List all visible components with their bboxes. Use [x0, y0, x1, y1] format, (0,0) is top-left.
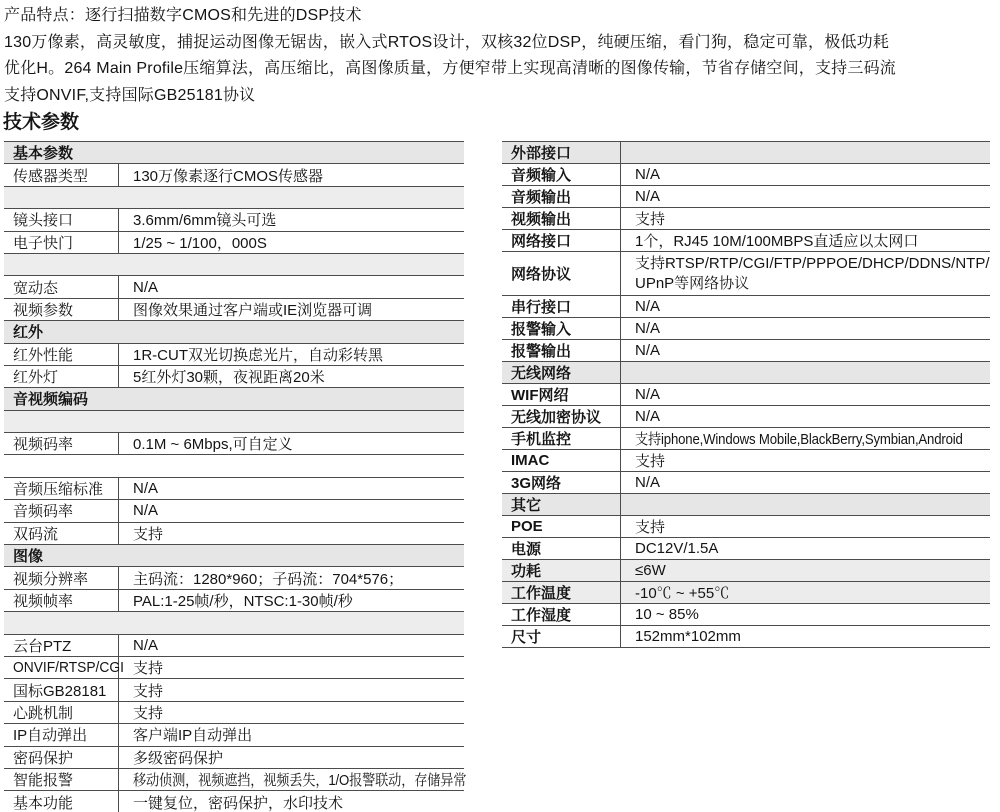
section-header-row: 其它	[502, 494, 990, 516]
spec-row: 电子快门1/25 ~ 1/100，000S	[4, 232, 464, 254]
spec-row: 传感器类型130万像素逐行CMOS传感器	[4, 164, 464, 186]
param-label-text: 基本功能	[13, 792, 73, 812]
param-value-text: 支持	[133, 523, 163, 544]
param-value-text: 客户端IP自动弹出	[133, 724, 252, 745]
spec-row: 尺寸152mm*102mm	[502, 626, 990, 648]
param-label-text: 电源	[511, 538, 541, 559]
spec-row: 工作温度-10℃ ~ +55℃	[502, 582, 990, 604]
param-label: 双码流	[4, 523, 118, 544]
param-label: 视频分辨率	[4, 567, 118, 588]
spec-row: 基本功能一键复位，密码保护，水印技术	[4, 791, 464, 812]
param-label: 宽动态	[4, 276, 118, 297]
param-value	[620, 362, 990, 383]
section-header-row: 红外	[4, 321, 464, 343]
param-value: 1个，RJ45 10M/100MBPS直适应以太网口	[620, 230, 990, 251]
spec-row: 音频输入N/A	[502, 164, 990, 186]
param-value-text: N/A	[133, 279, 158, 296]
param-label-text: 视频帧率	[13, 590, 73, 611]
param-label: 电源	[502, 538, 620, 559]
param-label: 音频码率	[4, 500, 118, 521]
spec-row: 串行接口N/A	[502, 296, 990, 318]
spec-row: 红外灯5红外灯30颗，夜视距离20米	[4, 366, 464, 388]
param-label: 3G网络	[502, 472, 620, 493]
spec-row: 3G网络N/A	[502, 472, 990, 494]
param-value-text: 5红外灯30颗，夜视距离20米	[133, 366, 325, 387]
param-value: N/A	[620, 406, 990, 427]
param-label: 密码保护	[4, 747, 118, 768]
param-value-text: 支持iphone,Windows Mobile,BlackBerry,Symbi…	[635, 428, 963, 449]
param-label: 功耗	[502, 560, 620, 581]
param-value-text: 主码流：1280*960；子码流：704*576；	[133, 568, 403, 589]
param-value: PAL:1-25帧/秒，NTSC:1-30帧/秒	[118, 590, 464, 611]
param-value-text: N/A	[635, 386, 660, 403]
param-label-text: 视频码率	[13, 433, 73, 454]
param-value: 3.6mm/6mm镜头可选	[118, 209, 464, 230]
param-label-text: 串行接口	[511, 296, 571, 317]
param-value	[620, 494, 990, 515]
param-label-text: 无线网络	[511, 362, 571, 383]
param-value: 支持	[620, 516, 990, 537]
param-label-text: 报警输出	[511, 340, 571, 361]
param-label: 智能报警	[4, 769, 118, 790]
section-header-row: 无线网络	[502, 362, 990, 384]
param-value-text: 10 ~ 85%	[635, 606, 699, 623]
param-label-text: IP自动弹出	[13, 724, 87, 745]
section-header-row: 图像	[4, 545, 464, 567]
param-value: N/A	[620, 340, 990, 361]
spec-row: 宽动态N/A	[4, 276, 464, 298]
param-value-text: N/A	[635, 188, 660, 205]
param-value: N/A	[620, 164, 990, 185]
param-value: 支持	[118, 679, 464, 700]
param-label-text: 视频分辨率	[13, 568, 88, 589]
param-label-text: 云台PTZ	[13, 635, 71, 656]
section-header-label: 红外	[4, 321, 464, 342]
param-value-text: N/A	[635, 166, 660, 183]
param-label: 视频码率	[4, 433, 118, 454]
param-value: 支持	[118, 657, 464, 678]
param-label-text: 智能报警	[13, 769, 73, 790]
param-value: 5红外灯30颗，夜视距离20米	[118, 366, 464, 387]
param-value: N/A	[118, 478, 464, 499]
separator-cell	[4, 411, 464, 432]
section-header-row: 音视频编码	[4, 388, 464, 410]
param-value: ≤6W	[620, 560, 990, 581]
param-value: 1/25 ~ 1/100，000S	[118, 232, 464, 253]
param-label-text: ONVIF/RTSP/CGI	[13, 659, 124, 676]
param-value-text: PAL:1-25帧/秒，NTSC:1-30帧/秒	[133, 590, 353, 611]
param-label: 镜头接口	[4, 209, 118, 230]
spec-row: 视频参数图像效果通过客户端或IE浏览器可调	[4, 299, 464, 321]
param-value: 多级密码保护	[118, 747, 464, 768]
param-label-text: IMAC	[511, 452, 549, 469]
product-features-paragraph: 产品特点：逐行扫描数字CMOS和先进的DSP技术 130万像素，高灵敏度，捕捉运…	[0, 0, 1000, 109]
product-features-line: 产品特点：逐行扫描数字CMOS和先进的DSP技术	[4, 3, 1000, 30]
param-label-text: 网络协议	[511, 263, 571, 284]
param-label: 基本功能	[4, 791, 118, 812]
param-label: WIF网绍	[502, 384, 620, 405]
separator-row	[4, 187, 464, 209]
param-label: IP自动弹出	[4, 724, 118, 745]
param-label: 云台PTZ	[4, 635, 118, 656]
section-header-label: 其它	[502, 494, 620, 515]
param-value-text: -10℃ ~ +55℃	[635, 582, 729, 603]
param-value-text: 支持RTSP/RTP/CGI/FTP/PPPOE/DHCP/DDNS/NTP/U…	[635, 254, 990, 294]
param-value: 1R-CUT双光切换虑光片，自动彩转黑	[118, 344, 464, 365]
spec-row: IP自动弹出客户端IP自动弹出	[4, 724, 464, 746]
param-label-text: 国标GB28181	[13, 680, 106, 701]
param-value-text: N/A	[635, 342, 660, 359]
product-features-line: 优化H。264 Main Profile压缩算法，高压缩比，高图像质量，方便窄带…	[4, 56, 1000, 83]
param-label-text: 视频输出	[511, 208, 571, 229]
param-value: 130万像素逐行CMOS传感器	[118, 164, 464, 185]
param-label: 红外灯	[4, 366, 118, 387]
param-label-text: 视频参数	[13, 299, 73, 320]
param-label-text: 音频输入	[511, 164, 571, 185]
spec-row: WIF网绍N/A	[502, 384, 990, 406]
param-label-text: 音频输出	[511, 186, 571, 207]
section-header-label: 外部接口	[502, 142, 620, 163]
spec-row: 无线加密协议N/A	[502, 406, 990, 428]
param-label-text: 电子快门	[13, 232, 73, 253]
param-label-text: POE	[511, 518, 543, 535]
spec-row: 功耗≤6W	[502, 560, 990, 582]
spec-tables-container: 基本参数传感器类型130万像素逐行CMOS传感器镜头接口3.6mm/6mm镜头可…	[4, 141, 1000, 812]
param-label-text: 心跳机制	[13, 702, 73, 723]
param-label-text: 工作温度	[511, 582, 571, 603]
spec-row: 心跳机制支持	[4, 702, 464, 724]
param-value-text: 支持	[635, 450, 665, 471]
param-label: 视频输出	[502, 208, 620, 229]
spec-row: 网络接口1个，RJ45 10M/100MBPS直适应以太网口	[502, 230, 990, 252]
param-value: N/A	[620, 186, 990, 207]
param-label: 音频输出	[502, 186, 620, 207]
product-features-line: 支持ONVIF,支持国际GB25181协议	[4, 83, 1000, 110]
separator-cell	[4, 254, 464, 275]
separator-cell	[4, 455, 464, 476]
param-value: 图像效果通过客户端或IE浏览器可调	[118, 299, 464, 320]
param-label: 报警输出	[502, 340, 620, 361]
separator-row	[4, 455, 464, 477]
separator-row	[4, 612, 464, 634]
param-label-text: 其它	[511, 494, 541, 515]
param-label: 工作温度	[502, 582, 620, 603]
param-value-text: 3.6mm/6mm镜头可选	[133, 209, 276, 230]
param-value-text: 移动侦测，视频遮挡，视频丢失，1/O报警联动，存储异常	[133, 769, 466, 790]
param-label: 串行接口	[502, 296, 620, 317]
param-value-text: N/A	[133, 480, 158, 497]
param-value-text: 0.1M ~ 6Mbps,可自定义	[133, 433, 293, 454]
param-label-text: 红外灯	[13, 366, 58, 387]
param-value: 10 ~ 85%	[620, 604, 990, 625]
param-value: 移动侦测，视频遮挡，视频丢失，1/O报警联动，存储异常	[118, 769, 464, 790]
spec-row: 镜头接口3.6mm/6mm镜头可选	[4, 209, 464, 231]
param-label: 心跳机制	[4, 702, 118, 723]
param-value-text: DC12V/1.5A	[635, 540, 718, 557]
param-value: N/A	[118, 635, 464, 656]
param-value: 支持	[118, 523, 464, 544]
param-value-text: N/A	[133, 637, 158, 654]
param-label-text: 宽动态	[13, 277, 58, 298]
param-label: 音频压缩标准	[4, 478, 118, 499]
param-label: 视频参数	[4, 299, 118, 320]
param-label: IMAC	[502, 450, 620, 471]
param-value: 152mm*102mm	[620, 626, 990, 647]
spec-row: 音频码率N/A	[4, 500, 464, 522]
param-value-text: 图像效果通过客户端或IE浏览器可调	[133, 299, 372, 320]
param-label-text: 双码流	[13, 523, 58, 544]
param-label-text: 功耗	[511, 560, 541, 581]
param-label: 网络接口	[502, 230, 620, 251]
spec-row: 音频输出N/A	[502, 186, 990, 208]
param-label: POE	[502, 516, 620, 537]
param-label-text: 红外性能	[13, 344, 73, 365]
spec-row: 手机监控支持iphone,Windows Mobile,BlackBerry,S…	[502, 428, 990, 450]
param-label-text: 传感器类型	[13, 165, 88, 186]
param-value: N/A	[620, 384, 990, 405]
param-value: 支持	[620, 450, 990, 471]
param-label-text: 密码保护	[13, 747, 73, 768]
param-label: ONVIF/RTSP/CGI	[4, 657, 118, 678]
separator-cell	[4, 612, 464, 633]
param-label-text: 报警输入	[511, 318, 571, 339]
param-value: 支持	[620, 208, 990, 229]
specs-table-left: 基本参数传感器类型130万像素逐行CMOS传感器镜头接口3.6mm/6mm镜头可…	[4, 141, 464, 812]
product-features-line: 130万像素，高灵敏度，捕捉运动图像无锯齿，嵌入式RTOS设计，双核32位DSP…	[4, 30, 1000, 57]
param-value: 支持RTSP/RTP/CGI/FTP/PPPOE/DHCP/DDNS/NTP/U…	[620, 252, 990, 295]
spec-row: 网络协议支持RTSP/RTP/CGI/FTP/PPPOE/DHCP/DDNS/N…	[502, 252, 990, 296]
spec-row: 国标GB28181支持	[4, 679, 464, 701]
param-value-text: 152mm*102mm	[635, 628, 741, 645]
param-label-text: 镜头接口	[13, 209, 73, 230]
section-header-label: 基本参数	[4, 142, 464, 163]
param-value-text: 支持	[635, 516, 665, 537]
param-value: 客户端IP自动弹出	[118, 724, 464, 745]
param-value-text: N/A	[635, 298, 660, 315]
param-value: -10℃ ~ +55℃	[620, 582, 990, 603]
param-value: 支持	[118, 702, 464, 723]
section-header-row: 基本参数	[4, 142, 464, 164]
param-label-text: 网络接口	[511, 230, 571, 251]
param-label: 音频输入	[502, 164, 620, 185]
section-header-label: 无线网络	[502, 362, 620, 383]
spec-row: POE支持	[502, 516, 990, 538]
section-header-label: 图像	[4, 545, 464, 566]
spec-row: 工作湿度10 ~ 85%	[502, 604, 990, 626]
spec-row: 视频帧率PAL:1-25帧/秒，NTSC:1-30帧/秒	[4, 590, 464, 612]
param-value-text: N/A	[635, 408, 660, 425]
param-label: 尺寸	[502, 626, 620, 647]
param-value-text: ≤6W	[635, 562, 666, 579]
param-label-text: 音频压缩标准	[13, 478, 103, 499]
section-title: 技术参数	[3, 112, 1000, 134]
param-label: 无线加密协议	[502, 406, 620, 427]
param-value-text: 支持	[133, 680, 163, 701]
param-label: 红外性能	[4, 344, 118, 365]
param-value-text: N/A	[635, 474, 660, 491]
param-value: N/A	[620, 296, 990, 317]
param-value-text: 1R-CUT双光切换虑光片，自动彩转黑	[133, 344, 383, 365]
param-value: 一键复位，密码保护，水印技术	[118, 791, 464, 812]
param-label-text: 音频码率	[13, 500, 73, 521]
section-header-label: 音视频编码	[4, 388, 464, 409]
param-label-text: 工作湿度	[511, 604, 571, 625]
param-label: 国标GB28181	[4, 679, 118, 700]
param-value-text: 1个，RJ45 10M/100MBPS直适应以太网口	[635, 230, 918, 251]
spec-row: 智能报警移动侦测，视频遮挡，视频丢失，1/O报警联动，存储异常	[4, 769, 464, 791]
param-value-text: 130万像素逐行CMOS传感器	[133, 165, 323, 186]
param-value-text: N/A	[133, 502, 158, 519]
separator-cell	[4, 187, 464, 208]
spec-row: 报警输出N/A	[502, 340, 990, 362]
spec-row: 视频码率0.1M ~ 6Mbps,可自定义	[4, 433, 464, 455]
spec-row: 密码保护多级密码保护	[4, 747, 464, 769]
spec-row: 视频输出支持	[502, 208, 990, 230]
spec-sheet-page: 产品特点：逐行扫描数字CMOS和先进的DSP技术 130万像素，高灵敏度，捕捉运…	[0, 0, 1000, 812]
param-label: 电子快门	[4, 232, 118, 253]
param-value: 主码流：1280*960；子码流：704*576；	[118, 567, 464, 588]
spec-row: 红外性能1R-CUT双光切换虑光片，自动彩转黑	[4, 344, 464, 366]
specs-table-right: 外部接口音频输入N/A音频输出N/A视频输出支持网络接口1个，RJ45 10M/…	[502, 141, 990, 648]
separator-row	[4, 254, 464, 276]
spec-row: 双码流支持	[4, 523, 464, 545]
param-label-text: 尺寸	[511, 626, 541, 647]
param-value: 0.1M ~ 6Mbps,可自定义	[118, 433, 464, 454]
param-label-text: WIF网绍	[511, 384, 569, 405]
spec-row: 报警输入N/A	[502, 318, 990, 340]
spec-row: 音频压缩标准N/A	[4, 478, 464, 500]
spec-row: 云台PTZN/A	[4, 635, 464, 657]
param-label-text: 外部接口	[511, 142, 571, 163]
spec-row: 电源DC12V/1.5A	[502, 538, 990, 560]
param-value: N/A	[118, 276, 464, 297]
param-label: 报警输入	[502, 318, 620, 339]
param-label: 网络协议	[502, 252, 620, 295]
param-value-text: N/A	[635, 320, 660, 337]
param-value-text: 多级密码保护	[133, 747, 223, 768]
param-value	[620, 142, 990, 163]
spec-row: IMAC支持	[502, 450, 990, 472]
param-value: DC12V/1.5A	[620, 538, 990, 559]
param-value-text: 一键复位，密码保护，水印技术	[133, 792, 343, 812]
spec-row: 视频分辨率主码流：1280*960；子码流：704*576；	[4, 567, 464, 589]
param-value: N/A	[620, 318, 990, 339]
param-label: 传感器类型	[4, 164, 118, 185]
param-value: N/A	[620, 472, 990, 493]
param-label: 视频帧率	[4, 590, 118, 611]
section-header-row: 外部接口	[502, 142, 990, 164]
param-value: 支持iphone,Windows Mobile,BlackBerry,Symbi…	[620, 428, 990, 449]
param-value-text: 支持	[133, 702, 163, 723]
spec-row: ONVIF/RTSP/CGI支持	[4, 657, 464, 679]
param-value-text: 支持	[635, 208, 665, 229]
param-label-text: 3G网络	[511, 472, 561, 493]
param-label-text: 手机监控	[511, 428, 571, 449]
param-label-text: 无线加密协议	[511, 406, 601, 427]
separator-row	[4, 411, 464, 433]
param-value: N/A	[118, 500, 464, 521]
param-label: 工作湿度	[502, 604, 620, 625]
param-label: 手机监控	[502, 428, 620, 449]
param-value-text: 支持	[133, 657, 163, 678]
param-value-text: 1/25 ~ 1/100，000S	[133, 232, 267, 253]
